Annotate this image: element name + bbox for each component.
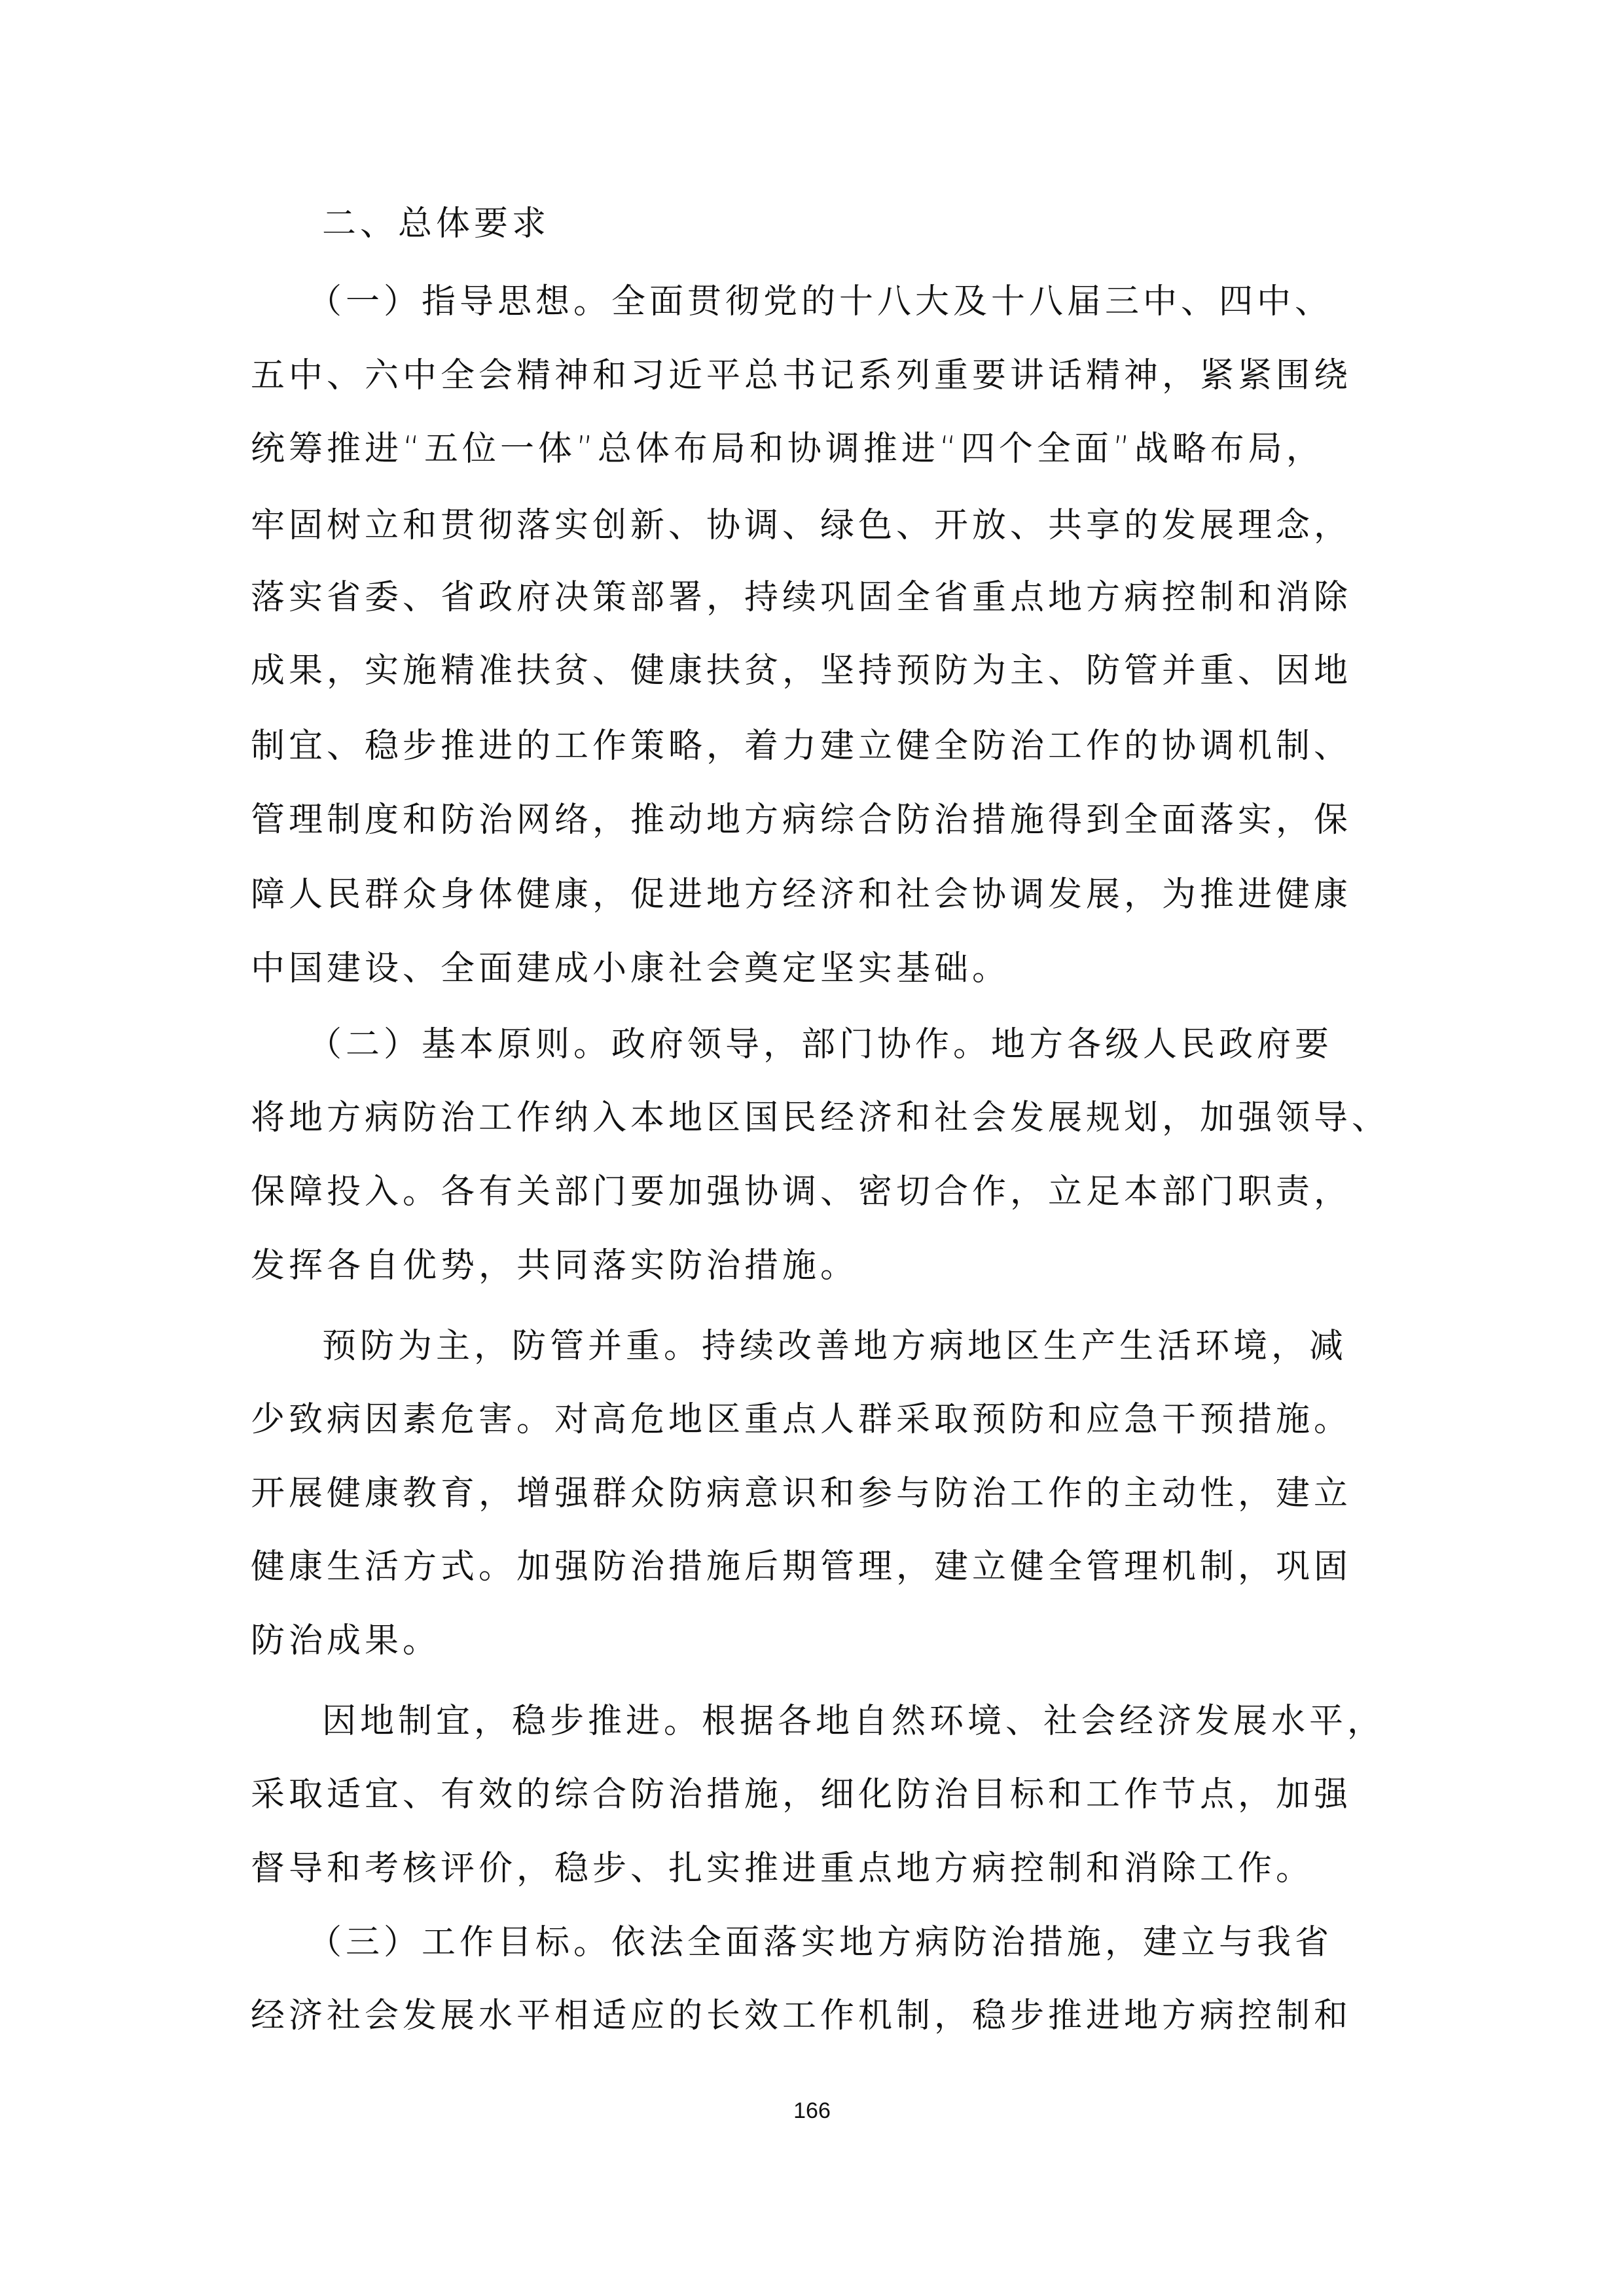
text-line: 统筹推进“五位一体”总体布局和协调推进“四个全面”战略布局，	[251, 429, 1324, 469]
text-line: 牢固树立和贯彻落实创新、协调、绿色、开放、共享的发展理念，	[251, 506, 1352, 545]
document-page: 二、总体要求 （一）指导思想。全面贯彻党的十八大及十八届三中、四中、 五中、六中…	[0, 0, 1624, 2296]
text-line: 预防为主，防管并重。持续改善地方病地区生产生活环境，减	[322, 1327, 1347, 1366]
text-line: 中国建设、全面建成小康社会奠定坚实基础。	[251, 949, 1010, 988]
page-number: 166	[0, 2098, 1624, 2124]
text-line: 少致病因素危害。对高危地区重点人群采取预防和应急干预措施。	[251, 1400, 1352, 1439]
text-line: （三）工作目标。依法全面落实地方病防治措施，建立与我省	[308, 1923, 1333, 1962]
text-line: 发挥各自优势，共同落实防治措施。	[251, 1246, 858, 1285]
text-line: 因地制宜，稳步推进。根据各地自然环境、社会经济发展水平，	[322, 1702, 1385, 1741]
text-line: 制宜、稳步推进的工作策略，着力建立健全防治工作的协调机制、	[251, 726, 1352, 766]
text-line: 成果，实施精准扶贫、健康扶贫，坚持预防为主、防管并重、因地	[251, 651, 1352, 691]
text-line: 将地方病防治工作纳入本地区国民经济和社会发展规划，加强领导、	[251, 1098, 1390, 1138]
text-line: 防治成果。	[251, 1621, 441, 1660]
text-line: 五中、六中全会精神和习近平总书记系列重要讲话精神，紧紧围绕	[251, 356, 1352, 395]
text-line: 落实省委、省政府决策部署，持续巩固全省重点地方病控制和消除	[251, 578, 1352, 617]
text-line: （一）指导思想。全面贯彻党的十八大及十八届三中、四中、	[308, 282, 1333, 321]
text-line: 健康生活方式。加强防治措施后期管理，建立健全管理机制，巩固	[251, 1547, 1352, 1587]
text-line: 开展健康教育，增强群众防病意识和参与防治工作的主动性，建立	[251, 1474, 1352, 1513]
text-line: 管理制度和防治网络，推动地方病综合防治措施得到全面落实，保	[251, 800, 1352, 840]
section-heading: 二、总体要求	[322, 204, 550, 243]
text-line: 采取适宜、有效的综合防治措施，细化防治目标和工作节点，加强	[251, 1775, 1352, 1814]
text-line: 障人民群众身体健康，促进地方经济和社会协调发展，为推进健康	[251, 875, 1352, 914]
text-line: 督导和考核评价，稳步、扎实推进重点地方病控制和消除工作。	[251, 1849, 1314, 1888]
text-line: 经济社会发展水平相适应的长效工作机制，稳步推进地方病控制和	[251, 1996, 1352, 2036]
text-line: 保障投入。各有关部门要加强协调、密切合作，立足本部门职责，	[251, 1172, 1352, 1211]
text-line: （二）基本原则。政府领导，部门协作。地方各级人民政府要	[308, 1025, 1333, 1064]
